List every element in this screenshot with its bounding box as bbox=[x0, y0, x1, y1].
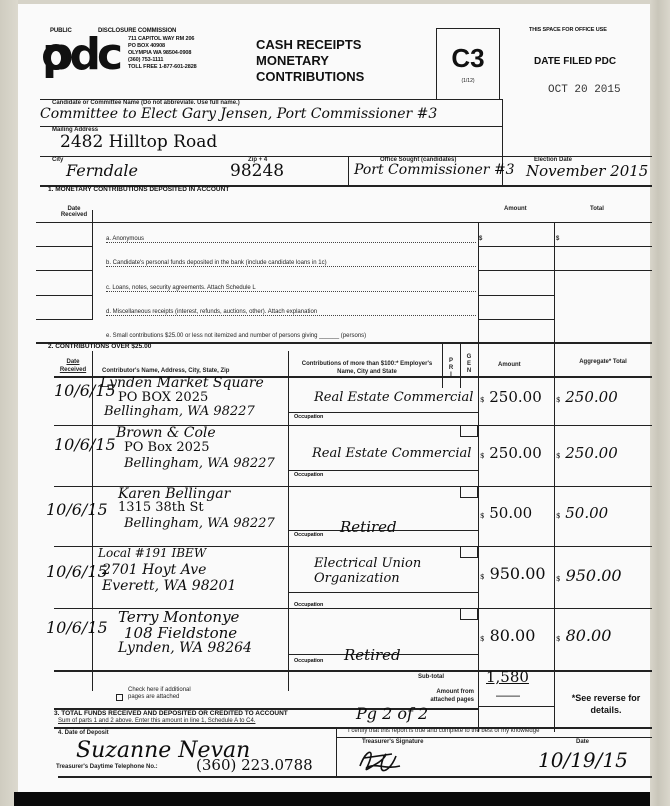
date-label: Date bbox=[576, 739, 589, 745]
address-line: TOLL FREE 1-877-601-2828 bbox=[128, 64, 197, 71]
date-of-deposit-label: 4. Date of Deposit bbox=[58, 730, 109, 736]
contribution-date[interactable]: 10/6/15 bbox=[46, 618, 94, 637]
address-line: 711 CAPITOL WAY RM 206 bbox=[128, 36, 197, 43]
section1-title: 1. MONETARY CONTRIBUTIONS DEPOSITED IN A… bbox=[48, 186, 229, 193]
aggregate-text: 250.00 bbox=[565, 388, 618, 406]
divider bbox=[36, 222, 652, 223]
form-version: (1/12) bbox=[437, 78, 499, 84]
section1-row-misc: d. Miscellaneous receipts (interest, ref… bbox=[106, 309, 476, 316]
viewer-scrollbar[interactable] bbox=[650, 0, 670, 806]
divider bbox=[336, 728, 337, 776]
amount-value[interactable]: $ 950.00 bbox=[480, 564, 546, 583]
divider bbox=[288, 412, 478, 413]
section2-aggregate-header: Aggregate* Total bbox=[578, 358, 628, 366]
phone-label: Treasurer's Daytime Telephone No.: bbox=[56, 764, 158, 770]
occupation-label: Occupation bbox=[294, 532, 323, 538]
section1-row-loans: c. Loans, notes, security agreements. At… bbox=[106, 285, 476, 292]
amount-text: 250.00 bbox=[489, 444, 542, 462]
certify-text: I certify that this report is true and c… bbox=[348, 728, 539, 734]
amount-value[interactable]: $ 250.00 bbox=[480, 388, 542, 406]
section2-amount-header: Amount bbox=[498, 362, 521, 368]
contribution-date[interactable]: 10/6/15 bbox=[46, 500, 94, 519]
address-line: OLYMPIA WA 98504-0908 bbox=[128, 50, 197, 57]
aggregate-value[interactable]: $ 80.00 bbox=[556, 626, 611, 645]
amount-text: 80.00 bbox=[490, 626, 536, 645]
pri-gen-box bbox=[460, 425, 478, 437]
divider bbox=[92, 210, 93, 320]
amount-text: 50.00 bbox=[489, 504, 532, 522]
form-code-box: C3 (1/12) bbox=[436, 28, 500, 100]
treasurer-signature[interactable] bbox=[356, 744, 406, 774]
section1-total-header: Total bbox=[590, 206, 604, 212]
office-sought-value[interactable]: Port Commissioner #3 bbox=[354, 162, 515, 178]
aggregate-text: 250.00 bbox=[565, 444, 618, 462]
additional-pages-label: Check here if additional pages are attac… bbox=[128, 687, 208, 701]
divider bbox=[58, 776, 652, 778]
employer-value[interactable]: Real Estate Commercial bbox=[312, 446, 471, 461]
divider bbox=[288, 592, 478, 593]
section2-date-header: Date Received bbox=[54, 358, 92, 374]
candidate-name-value[interactable]: Committee to Elect Gary Jensen, Port Com… bbox=[40, 106, 437, 122]
form-title-line: CASH RECEIPTS bbox=[256, 37, 364, 53]
divider bbox=[554, 342, 555, 732]
section3-subtitle: Sum of parts 1 and 2 above. Enter this a… bbox=[58, 718, 255, 724]
section1-row-anonymous: a. Anonymous bbox=[106, 236, 476, 243]
contributor-name[interactable]: Local #191 IBEW bbox=[98, 546, 206, 560]
address-line: (360) 753-1111 bbox=[128, 57, 197, 64]
see-reverse-note: *See reverse for details. bbox=[558, 692, 654, 716]
section1-anonymous-total[interactable]: $ bbox=[556, 236, 559, 242]
aggregate-text: 950.00 bbox=[566, 566, 622, 585]
divider bbox=[442, 342, 443, 388]
section1-row-personal-funds: b. Candidate's personal funds deposited … bbox=[106, 260, 476, 267]
contributor-city[interactable]: Everett, WA 98201 bbox=[102, 578, 236, 594]
contribution-date[interactable]: 10/6/15 bbox=[46, 562, 94, 581]
section2-title: 2. CONTRIBUTIONS OVER $25.00 bbox=[48, 343, 151, 350]
section1-amount-header: Amount bbox=[504, 206, 527, 212]
section1-row-small: e. Small contributions $25.00 or less no… bbox=[106, 333, 366, 339]
section1-anonymous-amount[interactable]: $ bbox=[479, 236, 482, 242]
form-title-line: CONTRIBUTIONS bbox=[256, 69, 364, 85]
city-label: City bbox=[52, 157, 63, 163]
divider bbox=[40, 126, 502, 127]
amount-value[interactable]: $ 50.00 bbox=[480, 504, 532, 522]
state-seal-icon bbox=[43, 44, 69, 70]
contribution-date[interactable]: 10/6/15 bbox=[54, 436, 92, 453]
amount-text: 250.00 bbox=[489, 388, 542, 406]
aggregate-value[interactable]: $ 50.00 bbox=[556, 504, 608, 522]
additional-pages-checkbox[interactable] bbox=[116, 694, 123, 701]
divider bbox=[288, 470, 478, 471]
divider bbox=[336, 737, 652, 738]
aggregate-text: 50.00 bbox=[565, 504, 608, 522]
divider bbox=[478, 342, 479, 732]
date-filed-label: DATE FILED PDC bbox=[534, 56, 616, 67]
employer-value[interactable]: Electrical Union Organization bbox=[314, 556, 454, 586]
divider bbox=[92, 351, 93, 691]
pri-gen-box bbox=[460, 546, 478, 558]
divider bbox=[36, 270, 92, 271]
occupation-value[interactable]: Retired bbox=[340, 518, 397, 536]
contributor-city[interactable]: Bellingham, WA 98227 bbox=[124, 456, 275, 471]
pri-gen-box bbox=[460, 486, 478, 498]
divider bbox=[478, 246, 652, 247]
occupation-label: Occupation bbox=[294, 472, 323, 478]
signature-scribble-icon bbox=[356, 744, 406, 774]
aggregate-value[interactable]: $ 250.00 bbox=[556, 444, 618, 462]
contributor-city[interactable]: Bellingham, WA 98227 bbox=[124, 516, 275, 531]
divider bbox=[554, 222, 555, 352]
subtotal-label: Sub-total bbox=[418, 674, 444, 680]
city-value[interactable]: Ferndale bbox=[66, 161, 138, 180]
employer-value[interactable]: Real Estate Commercial bbox=[314, 390, 473, 405]
occupation-label: Occupation bbox=[294, 658, 323, 664]
divider bbox=[460, 342, 461, 388]
divider bbox=[478, 295, 554, 296]
aggregate-value[interactable]: $ 950.00 bbox=[556, 566, 622, 585]
zip-value[interactable]: 98248 bbox=[230, 161, 284, 181]
contributor-address[interactable]: PO Box 2025 bbox=[124, 440, 209, 455]
contributor-address[interactable]: 2701 Hoyt Ave bbox=[102, 562, 206, 578]
section2-employer-header: Contributions of more than $100:* Employ… bbox=[294, 360, 440, 376]
divider bbox=[54, 670, 652, 672]
form-title-line: MONETARY bbox=[256, 53, 364, 69]
aggregate-value[interactable]: $ 250.00 bbox=[556, 388, 618, 406]
divider bbox=[288, 351, 289, 691]
contribution-date[interactable]: 10/6/15 bbox=[54, 382, 92, 399]
viewer-bottom-bar bbox=[14, 792, 650, 806]
form-title: CASH RECEIPTS MONETARY CONTRIBUTIONS bbox=[256, 37, 364, 85]
amount-value[interactable]: $ 250.00 bbox=[480, 444, 542, 462]
mailing-address-value[interactable]: 2482 Hilltop Road bbox=[60, 132, 217, 152]
amount-text: 950.00 bbox=[490, 564, 546, 583]
contributor-address[interactable]: 1315 38th St bbox=[118, 500, 204, 515]
section3-title: 3. TOTAL FUNDS RECEIVED AND DEPOSITED OR… bbox=[54, 710, 288, 717]
occupation-label: Occupation bbox=[294, 414, 323, 420]
attached-pages-label: Amount from attached pages bbox=[414, 688, 474, 704]
pdc-logo: pdc bbox=[40, 34, 128, 76]
contributor-city[interactable]: Lynden, WA 98264 bbox=[118, 640, 252, 656]
address-line: PO BOX 40908 bbox=[128, 43, 197, 50]
viewer-frame-left bbox=[0, 0, 18, 806]
contributor-name[interactable]: Brown & Cole bbox=[116, 425, 216, 441]
subtotal-value[interactable]: 1,580 bbox=[486, 668, 529, 686]
form-code: C3 bbox=[437, 43, 499, 74]
aggregate-text: 80.00 bbox=[566, 626, 612, 645]
contributor-address[interactable]: PO BOX 2025 bbox=[118, 390, 208, 405]
section2-gen-header: G E N bbox=[464, 354, 474, 375]
contributor-name[interactable]: Lynden Market Square bbox=[100, 376, 264, 390]
divider bbox=[36, 295, 92, 296]
divider bbox=[36, 246, 92, 247]
occupation-value[interactable]: Retired bbox=[344, 646, 401, 664]
divider bbox=[478, 270, 652, 271]
agency-address: 711 CAPITOL WAY RM 206 PO BOX 40908 OLYM… bbox=[128, 36, 197, 71]
section2-contributor-header: Contributor's Name, Address, City, State… bbox=[102, 368, 229, 374]
divider bbox=[478, 319, 554, 320]
divider bbox=[478, 706, 554, 707]
form-page: PUBLIC DISCLOSURE COMMISSION pdc 711 CAP… bbox=[18, 4, 650, 792]
page-note: Pg 2 of 2 bbox=[356, 704, 428, 723]
additional-pages-checkbox-row[interactable] bbox=[116, 688, 123, 706]
divider bbox=[348, 156, 349, 186]
contributor-city[interactable]: Bellingham, WA 98227 bbox=[104, 404, 255, 419]
attached-pages-value[interactable]: —— bbox=[496, 688, 520, 702]
divider bbox=[36, 319, 92, 320]
election-date-value[interactable]: November 2015 bbox=[526, 162, 648, 180]
date-filed-stamp: OCT 20 2015 bbox=[548, 84, 621, 96]
signature-date-value[interactable]: 10/19/15 bbox=[538, 748, 628, 772]
phone-value[interactable]: (360) 223.0788 bbox=[196, 756, 313, 774]
amount-value[interactable]: $ 80.00 bbox=[480, 626, 535, 645]
pri-gen-box bbox=[460, 608, 478, 620]
office-use-label: THIS SPACE FOR OFFICE USE bbox=[529, 27, 607, 33]
section1-date-header: Date Received bbox=[54, 206, 94, 218]
